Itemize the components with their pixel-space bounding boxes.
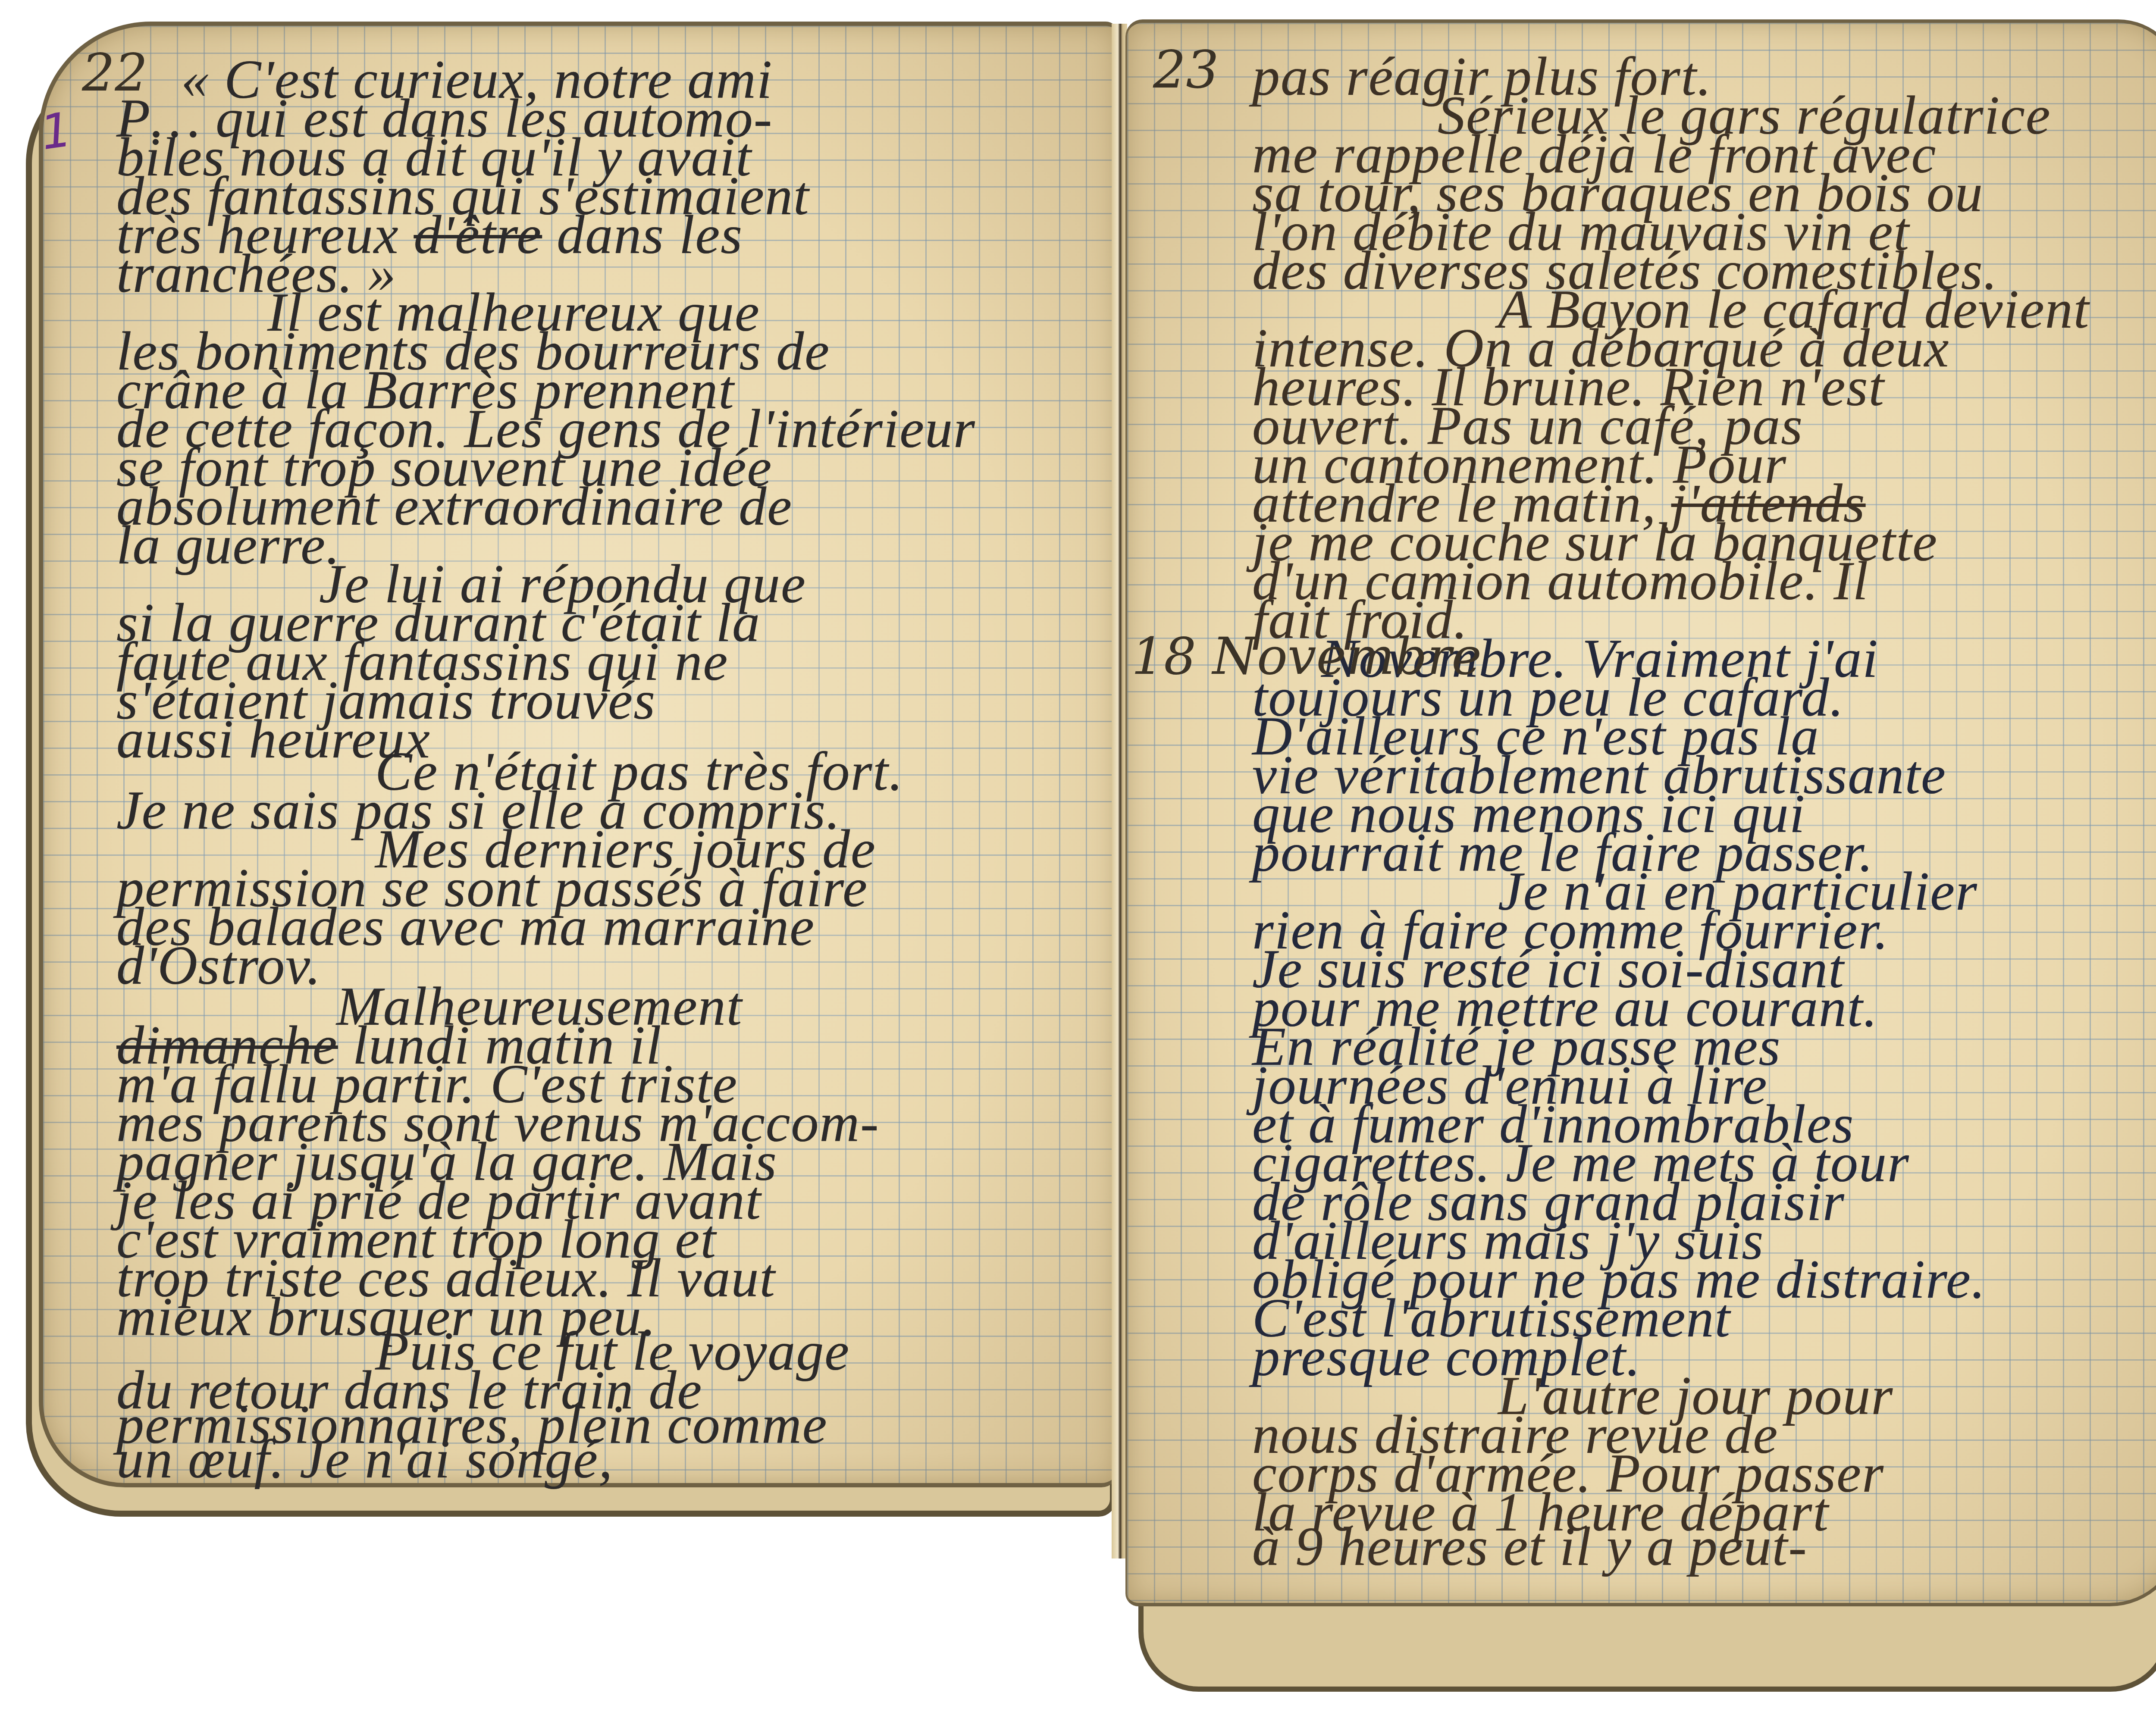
right-page: 23 pas réagir plus fort. Sérieux le gars…: [1125, 19, 2156, 1606]
text-line: à 9 heures et il y a peut-: [1252, 1519, 1808, 1574]
text-line: la guerre.: [116, 517, 341, 573]
notebook-spine: [1112, 24, 1127, 1558]
page-number-right: 23: [1153, 40, 1219, 100]
left-page: 22 « C'est curieux, notre ami P… qui est…: [39, 22, 1119, 1487]
text-line: d'Ostrov.: [116, 938, 322, 993]
margin-date: 18 Novembre: [1131, 626, 1482, 686]
text-line: un œuf. Je n'ai songé,: [116, 1431, 613, 1486]
notebook-spread: 22 « C'est curieux, notre ami P… qui est…: [0, 0, 2156, 1718]
struck-word: d'être: [414, 204, 542, 265]
